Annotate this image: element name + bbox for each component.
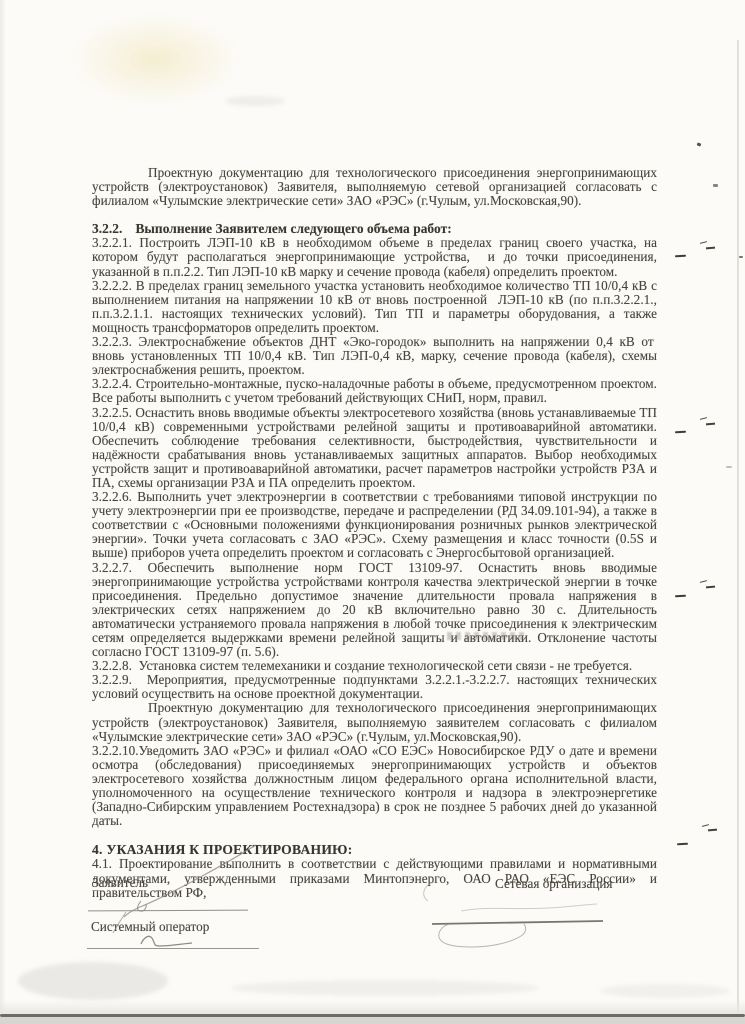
paragraph-intro-applicant: Проектную документацию для технологическ… xyxy=(92,701,657,743)
margin-tick-mark xyxy=(675,595,686,598)
ink-speck xyxy=(697,142,702,146)
section-4-heading: 4. УКАЗАНИЯ К ПРОЕКТИРОВАНИЮ: xyxy=(92,843,657,857)
network-signature-wave xyxy=(461,904,597,911)
scan-bottom-margin xyxy=(0,1017,745,1024)
margin-tick-mark xyxy=(700,580,707,583)
item-3-2-2-9: 3.2.2.9. Мероприятия, предусмотренные по… xyxy=(92,673,657,701)
item-3-2-2-7: 3.2.2.7. Обеспечить выполнение норм ГОСТ… xyxy=(92,561,657,660)
network-organization-label: Сетевая организация xyxy=(495,876,613,892)
scan-smudge xyxy=(225,96,285,106)
network-signature-loop xyxy=(439,924,526,947)
scan-smudge xyxy=(18,962,168,1000)
margin-tick-mark xyxy=(702,824,709,827)
network-signature-line xyxy=(432,921,603,924)
ink-speck xyxy=(713,184,718,187)
item-3-2-2-2: 3.2.2.2. В пределах границ земельного уч… xyxy=(92,279,657,335)
ink-speck xyxy=(726,466,732,468)
item-3-2-2-3: 3.2.2.3. Электроснабжение объектов ДНТ «… xyxy=(92,335,657,377)
system-operator-label: Системный оператор xyxy=(91,919,209,935)
item-3-2-2-4: 3.2.2.4. Строительно-монтажные, пуско-на… xyxy=(92,377,657,405)
margin-tick-mark xyxy=(700,417,707,420)
scan-smudge xyxy=(600,984,730,998)
margin-tick-mark xyxy=(677,843,688,846)
margin-tick-mark xyxy=(700,241,707,244)
document-body: Проектную документацию для технологическ… xyxy=(92,166,657,900)
margin-tick-mark xyxy=(675,431,686,434)
page-right-edge-line xyxy=(737,40,739,1015)
aged-paper-patch xyxy=(68,12,243,107)
item-3-2-2-8: 3.2.2.8. Установка систем телемеханики и… xyxy=(92,659,657,673)
applicant-signature-line xyxy=(88,910,248,912)
item-3-2-2-1: 3.2.2.1. Построить ЛЭП-10 кВ в необходим… xyxy=(92,236,657,278)
system-operator-signature-stroke xyxy=(141,936,192,946)
margin-tick-mark xyxy=(706,586,715,589)
ink-smudge-after-gost xyxy=(447,632,525,640)
page-left-edge-shadow xyxy=(0,0,6,1024)
item-3-2-2-6: 3.2.2.6. Выполнить учет электроэнергии в… xyxy=(92,490,657,560)
scanned-document-page: Проектную документацию для технологическ… xyxy=(0,0,745,1024)
scan-bottom-shading xyxy=(0,1000,745,1014)
margin-tick-mark xyxy=(706,247,715,250)
applicant-label: Заявитель xyxy=(92,875,148,891)
paragraph-intro-network: Проектную документацию для технологическ… xyxy=(92,166,657,208)
section-title: Выполнение Заявителем следующего объема … xyxy=(135,221,451,236)
margin-tick-mark xyxy=(675,255,686,258)
section-number: 3.2.2. xyxy=(92,221,122,236)
margin-tick-mark xyxy=(706,423,715,426)
item-3-2-2-10: 3.2.2.10.Уведомить ЗАО «РЭС» и филиал «О… xyxy=(92,744,657,829)
section-3-2-2-heading: 3.2.2.Выполнение Заявителем следующего о… xyxy=(92,222,657,236)
system-operator-signature-line xyxy=(87,948,259,949)
item-3-2-2-5: 3.2.2.5. Оснастить вновь вводимые объект… xyxy=(92,406,657,491)
margin-tick-mark xyxy=(708,829,717,832)
scan-smudge xyxy=(230,980,540,996)
ink-speck xyxy=(739,256,743,258)
